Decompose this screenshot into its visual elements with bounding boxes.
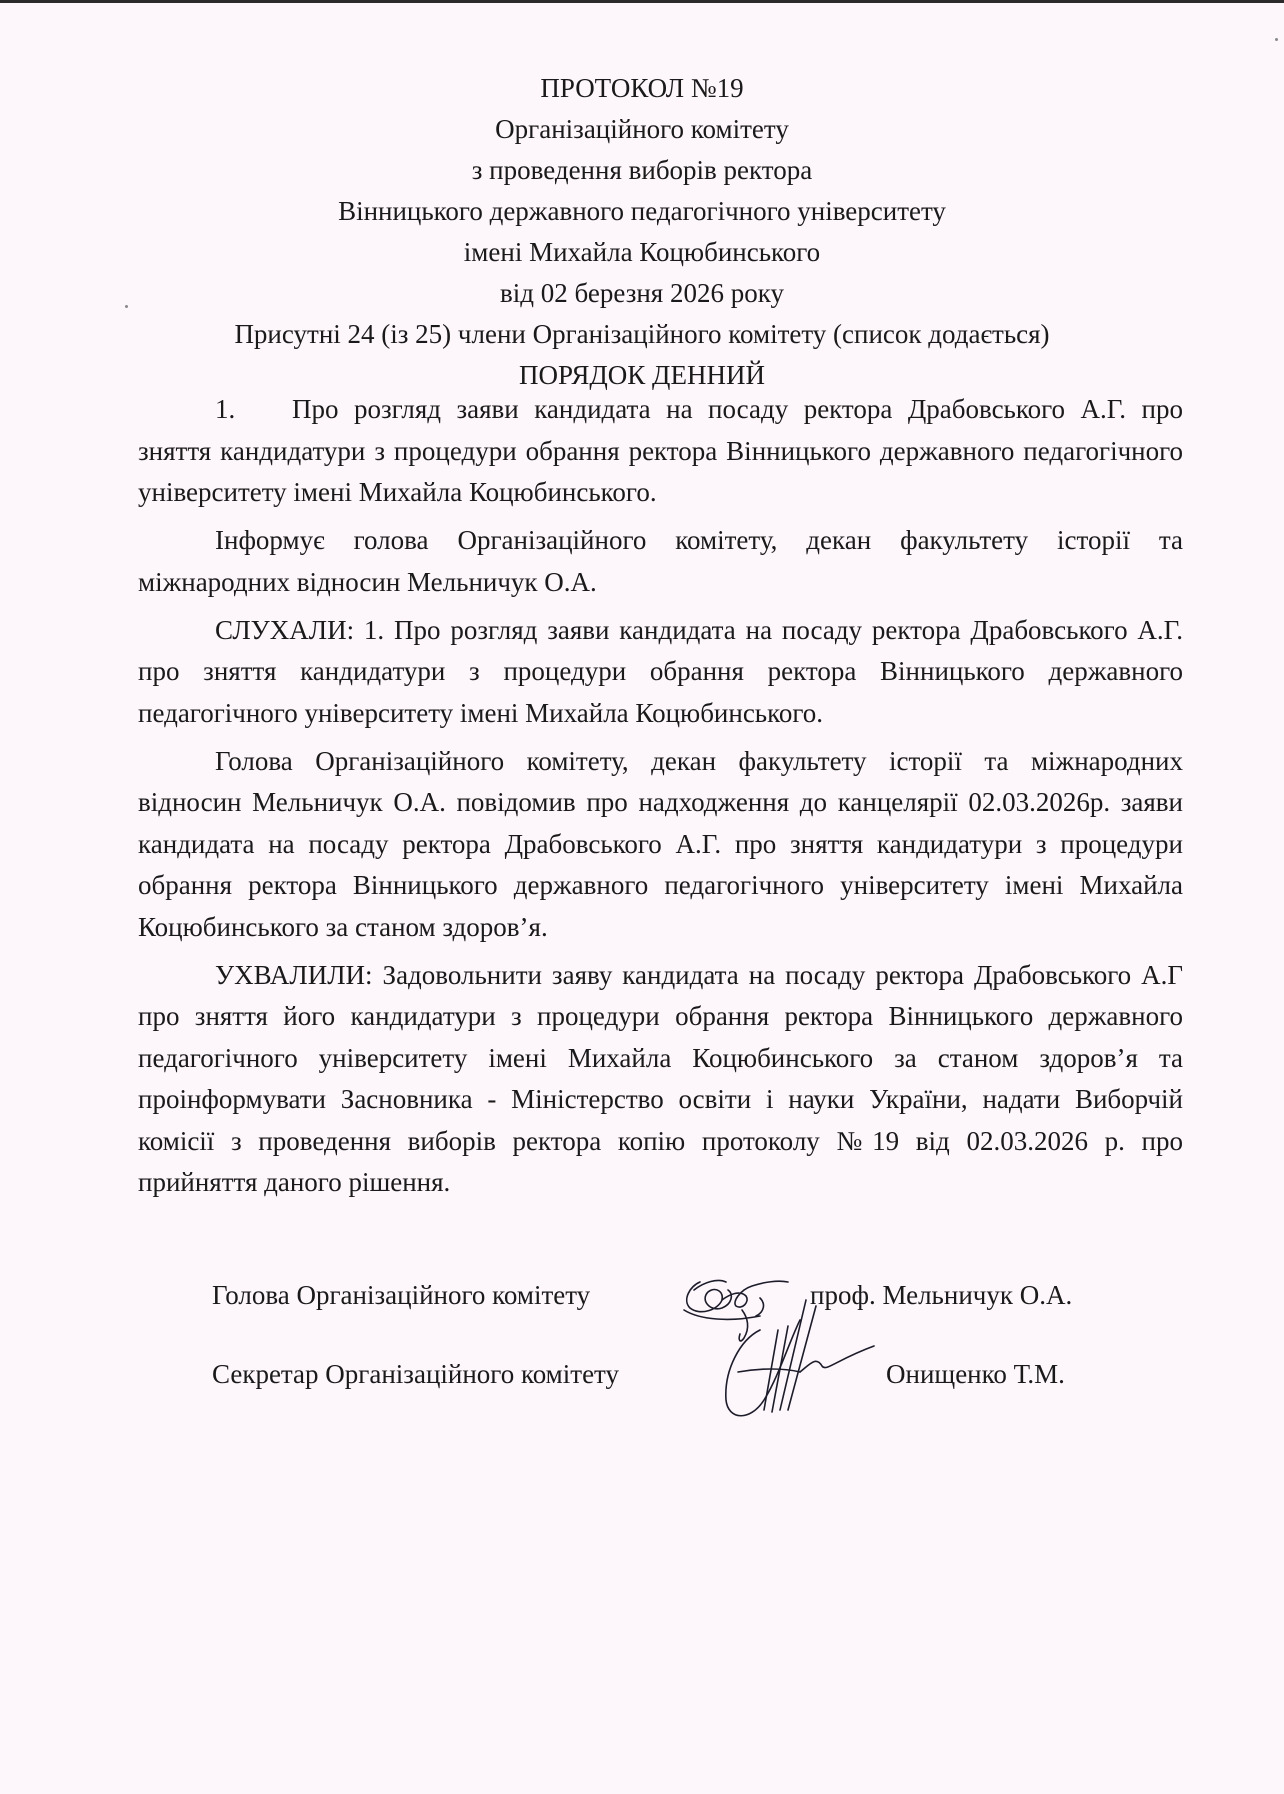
signature-row-secretary: Секретар Організаційного комітету Онищен…	[212, 1354, 1112, 1395]
signature-name: проф. Мельничук О.А.	[810, 1275, 1072, 1316]
agenda-informs-text: Інформує голова Організаційного комітету…	[138, 525, 1183, 597]
document-title: ПРОТОКОЛ №19	[130, 68, 1154, 109]
scan-speck	[1275, 38, 1278, 41]
agenda-informs: Інформує голова Організаційного комітету…	[138, 520, 1183, 603]
agenda-item: 1.Про розгляд заяви кандидата на посаду …	[138, 389, 1183, 514]
document-body: 1.Про розгляд заяви кандидата на посаду …	[138, 389, 1183, 1210]
header-line-elections: з проведення виборів ректора	[130, 150, 1154, 191]
resolved-section: УХВАЛИЛИ: Задовольнити заяву кандидата н…	[138, 955, 1183, 1204]
resolved-label: УХВАЛИЛИ:	[215, 960, 373, 990]
signature-block: Голова Організаційного комітету проф. Ме…	[212, 1275, 1112, 1433]
signature-name: Онищенко Т.М.	[886, 1354, 1065, 1395]
header-line-committee: Організаційного комітету	[130, 109, 1154, 150]
document-date: від 02 березня 2026 року	[130, 273, 1154, 314]
header-line-named-after: імені Михайла Коцюбинського	[130, 232, 1154, 273]
document-header: ПРОТОКОЛ №19 Організаційного комітету з …	[0, 68, 1284, 396]
signature-role: Голова Організаційного комітету	[212, 1275, 590, 1316]
resolved-text: Задовольнити заяву кандидата на посаду р…	[138, 960, 1183, 1198]
signature-row-chair: Голова Організаційного комітету проф. Ме…	[212, 1275, 1112, 1316]
agenda-item-number: 1.	[215, 389, 292, 431]
attendance-line: Присутні 24 (із 25) члени Організаційног…	[130, 314, 1154, 355]
report-paragraph: Голова Організаційного комітету, декан ф…	[138, 741, 1183, 949]
heard-label: СЛУХАЛИ:	[215, 615, 354, 645]
scan-speck	[125, 305, 128, 308]
header-line-university: Вінницького державного педагогічного уні…	[130, 191, 1154, 232]
document-page: ПРОТОКОЛ №19 Організаційного комітету з …	[0, 0, 1284, 1794]
heard-section: СЛУХАЛИ: 1. Про розгляд заяви кандидата …	[138, 610, 1183, 735]
agenda-item-text: Про розгляд заяви кандидата на посаду ре…	[138, 394, 1183, 507]
report-text: Голова Організаційного комітету, декан ф…	[138, 746, 1183, 942]
signature-role: Секретар Організаційного комітету	[212, 1354, 619, 1395]
